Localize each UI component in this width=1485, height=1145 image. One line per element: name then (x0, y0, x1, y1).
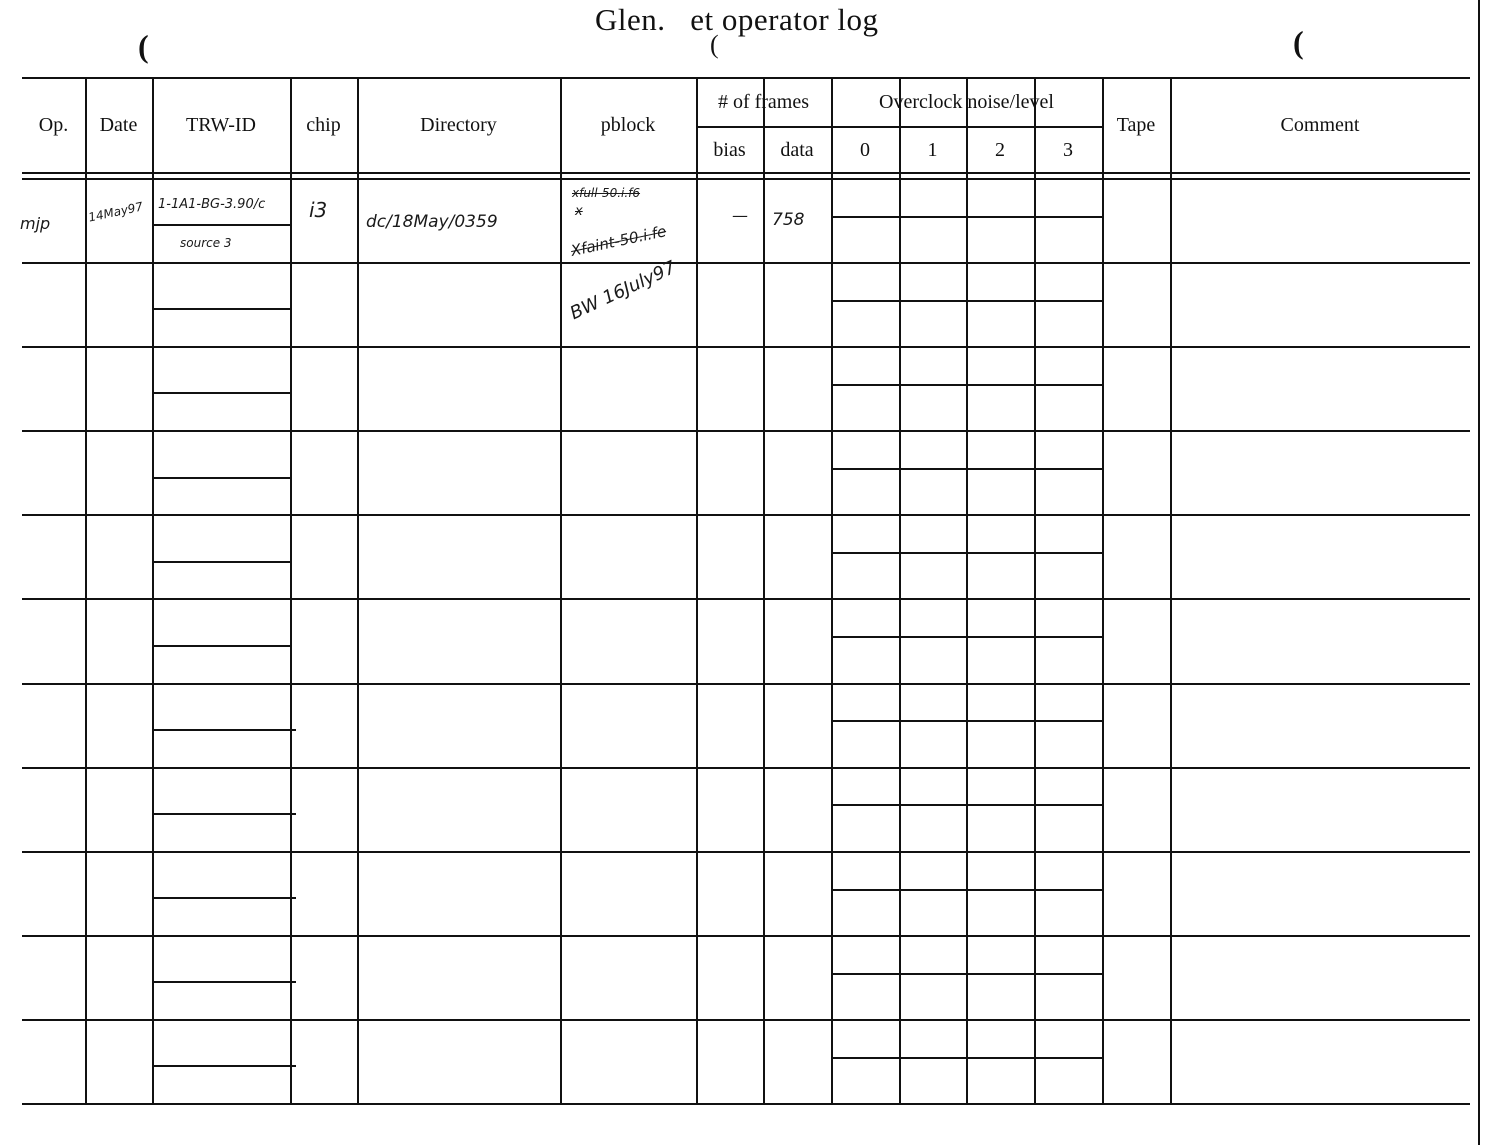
header-data: data (763, 127, 831, 173)
row-rule (22, 683, 1470, 685)
header-bottom-rule (22, 178, 1470, 180)
trw-id-sub-rule (152, 561, 290, 563)
row-rule (22, 1103, 1470, 1105)
header-overclock-3: 3 (1034, 127, 1102, 173)
header-overclock-2: 2 (966, 127, 1034, 173)
row-rule (22, 430, 1470, 432)
trw-id-sub-rule (152, 729, 296, 731)
trw-id-sub-rule (152, 813, 296, 815)
header-bias: bias (696, 127, 763, 173)
overclock-sub-rule (831, 300, 1102, 302)
header-overclock-0: 0 (831, 127, 899, 173)
overclock-sub-rule (831, 889, 1102, 891)
column-rule (763, 77, 765, 1103)
row-rule (22, 935, 1470, 937)
header-comment: Comment (1170, 78, 1470, 173)
header-overclock: Overclock noise/level (831, 78, 1102, 126)
header-pblock: pblock (560, 78, 696, 173)
column-rule (152, 77, 154, 1103)
header-trw-id: TRW-ID (152, 78, 290, 173)
row-1-directory: dc/18May/0359 (366, 212, 498, 232)
overclock-sub-rule (831, 1057, 1102, 1059)
header-frames: # of frames (696, 78, 831, 126)
punch-mark: ( (710, 30, 719, 60)
column-rule (899, 77, 901, 1103)
row-rule (22, 767, 1470, 769)
row-rule (22, 598, 1470, 600)
trw-id-sub-rule (152, 392, 290, 394)
column-rule (357, 77, 359, 1103)
trw-id-sub-rule (152, 477, 290, 479)
row-1-pblock: Xfaint-50.i.fe (569, 222, 668, 260)
header-tape: Tape (1102, 78, 1170, 173)
row-1-date: 14May97 (87, 199, 144, 224)
overclock-sub-rule (831, 552, 1102, 554)
column-rule (560, 77, 562, 1103)
overclock-sub-rule (831, 468, 1102, 470)
row-1-trw-id-note: source 3 (180, 236, 232, 250)
overclock-sub-rule (831, 804, 1102, 806)
column-rule (1102, 77, 1104, 1103)
row-rule (22, 262, 1470, 264)
punch-mark: ( (1293, 24, 1304, 61)
row-rule (22, 514, 1470, 516)
overclock-sub-rule (831, 636, 1102, 638)
row-1-trw-id: 1-1A1-BG-3.90/c (158, 197, 265, 212)
overclock-sub-rule (831, 720, 1102, 722)
row-1-chip: i3 (309, 198, 327, 222)
row-1-bias: — (732, 206, 748, 225)
row-rule (22, 346, 1470, 348)
row-1-op: mjp (20, 214, 50, 233)
column-rule (1034, 77, 1036, 1103)
page-edge (1478, 0, 1480, 1145)
column-rule (966, 77, 968, 1103)
overclock-sub-rule (831, 216, 1102, 218)
row-rule (22, 1019, 1470, 1021)
column-rule (696, 77, 698, 1103)
page-title: Glen. et operator log (595, 2, 879, 38)
row-1-pblock-struck: xfull-50.i.f6 (572, 186, 640, 200)
row-1-data: 758 (772, 210, 804, 230)
trw-id-sub-rule (152, 308, 290, 310)
trw-id-sub-rule (152, 645, 290, 647)
trw-id-sub-rule (152, 897, 296, 899)
row-1-pblock-struck-2: x (575, 204, 583, 219)
header-date: Date (85, 78, 152, 173)
header-directory: Directory (357, 78, 560, 173)
column-rule (290, 77, 292, 1103)
row-1-pblock-note: BW 16July97 (567, 257, 679, 324)
column-rule (85, 77, 87, 1103)
header-chip: chip (290, 78, 357, 173)
column-rule (1170, 77, 1172, 1103)
punch-mark: ( (138, 28, 149, 65)
overclock-sub-rule (831, 384, 1102, 386)
trw-id-sub-rule (152, 981, 296, 983)
row-rule (22, 851, 1470, 853)
trw-id-sub-rule (152, 1065, 296, 1067)
header-op: Op. (22, 78, 85, 173)
header-overclock-1: 1 (899, 127, 966, 173)
column-rule (831, 77, 833, 1103)
overclock-sub-rule (831, 973, 1102, 975)
trw-id-sub-rule (152, 224, 290, 226)
